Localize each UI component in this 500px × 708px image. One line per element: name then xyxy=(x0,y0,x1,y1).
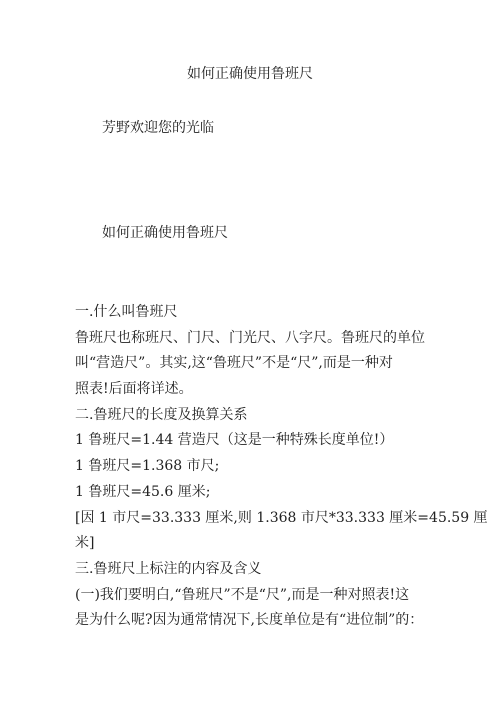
greeting-line: 芳野欢迎您的光临 xyxy=(102,120,214,136)
text-line: 叫“营造尺”。其实,这“鲁班尺”不是“尺”,而是一种对 xyxy=(75,351,435,377)
section-title: 如何正确使用鲁班尺 xyxy=(102,225,228,241)
text-line: [因 1 市尺=33.333 厘米,则 1.368 市尺*33.333 厘米=4… xyxy=(75,506,435,532)
text-line: 1 鲁班尺=45.6 厘米; xyxy=(75,480,435,506)
text-line: 照表!后面将详述。 xyxy=(75,377,435,403)
text-line: 鲁班尺也称班尺、门尺、门光尺、八字尺。鲁班尺的单位 xyxy=(75,326,435,352)
document-body: 一.什么叫鲁班尺鲁班尺也称班尺、门尺、门光尺、八字尺。鲁班尺的单位叫“营造尺”。… xyxy=(75,300,435,634)
document-page: 如何正确使用鲁班尺 芳野欢迎您的光临 如何正确使用鲁班尺 一.什么叫鲁班尺鲁班尺… xyxy=(0,0,500,708)
text-line: 是为什么呢?因为通常情况下,长度单位是有“进位制”的： xyxy=(75,608,435,634)
text-line: (一)我们要明白,“鲁班尺”不是“尺”,而是一种对照表!这 xyxy=(75,583,435,609)
document-title: 如何正确使用鲁班尺 xyxy=(0,66,500,82)
text-line: 三.鲁班尺上标注的内容及含义 xyxy=(75,557,435,583)
text-line: 1 鲁班尺=1.44 营造尺（这是一种特殊长度单位!） xyxy=(75,428,435,454)
text-line: 一.什么叫鲁班尺 xyxy=(75,300,435,326)
text-line: 1 鲁班尺=1.368 市尺; xyxy=(75,454,435,480)
text-line: 米] xyxy=(75,531,435,557)
text-line: 二.鲁班尺的长度及换算关系 xyxy=(75,403,435,429)
